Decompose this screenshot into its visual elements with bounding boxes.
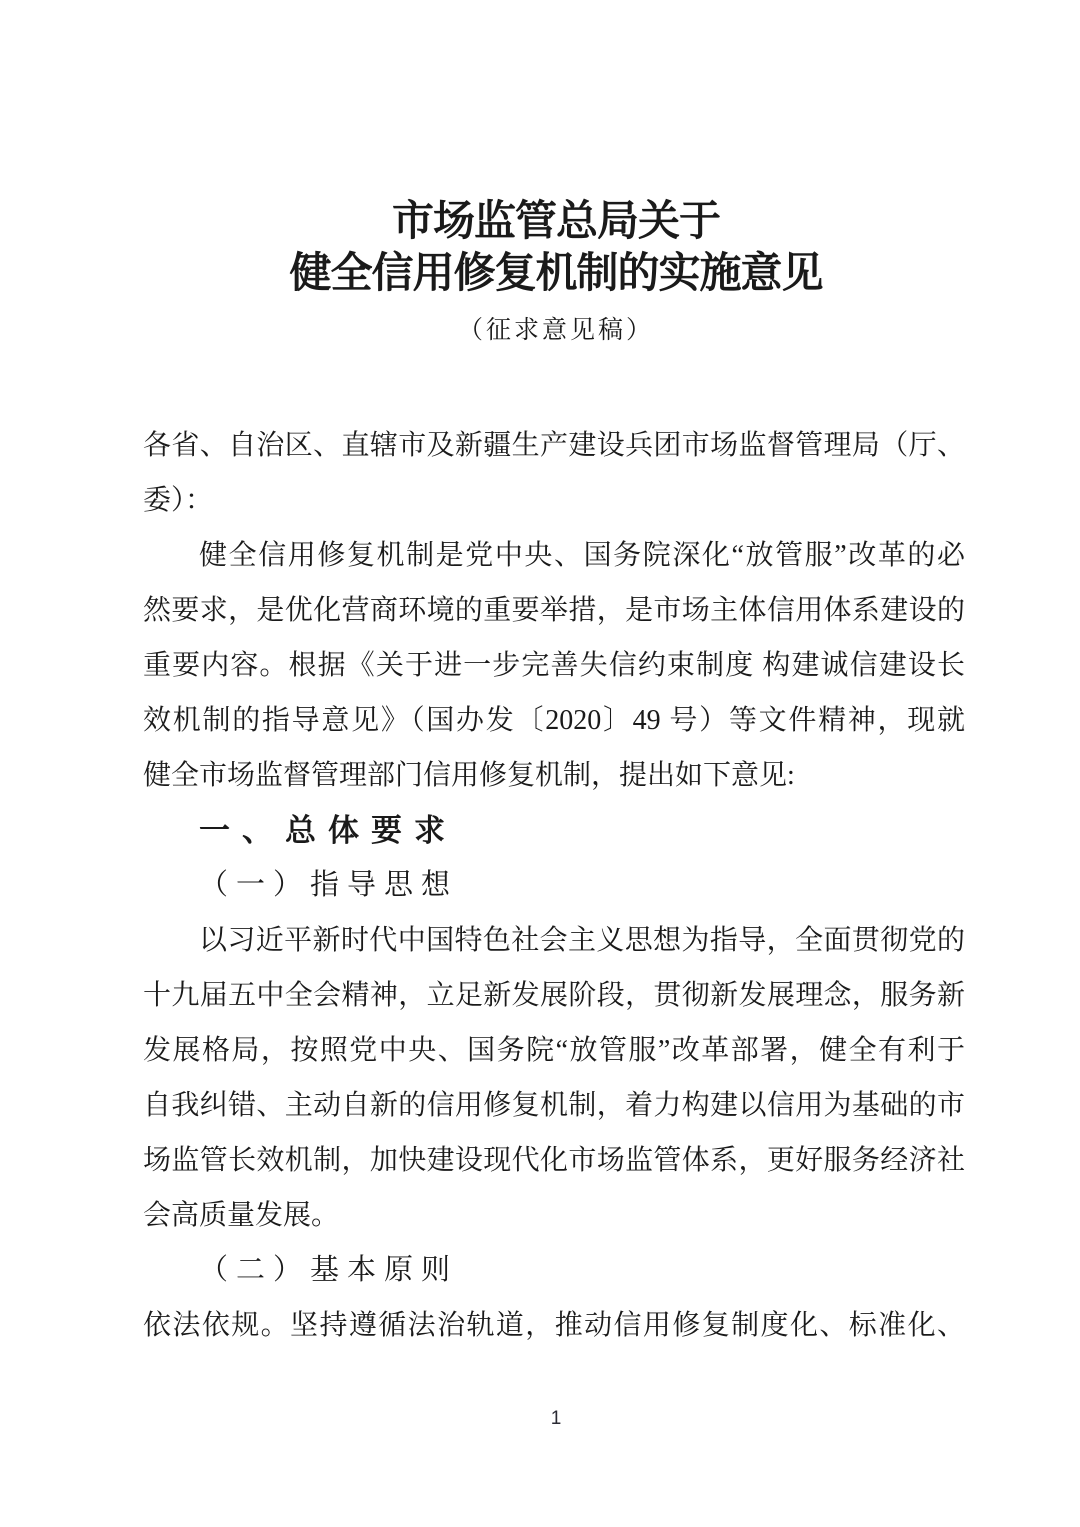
body-line: 发展格局，按照党中央、国务院“放管服”改革部署，健全有利于 [143,1023,965,1078]
section-heading-1: 一、总体要求 [143,803,965,858]
body-line: 以习近平新时代中国特色社会主义思想为指导，全面贯彻党的 [143,913,965,968]
sub-heading-1-1: （一）指导思想 [143,858,965,913]
body-line: 场监管长效机制，加快建设现代化市场监管体系，更好服务经济社 [143,1133,965,1188]
document-title: 市场监管总局关于 健全信用修复机制的实施意见 （征求意见稿） [143,196,969,346]
page-number: 1 [143,1404,969,1434]
body-line: 会高质量发展。 [143,1188,965,1243]
document-subtitle: （征求意见稿） [143,316,969,346]
body-line: 然要求，是优化营商环境的重要举措，是市场主体信用体系建设的 [143,583,965,638]
salutation-line: 各省、自治区、直辖市及新疆生产建设兵团市场监督管理局（厅、 [143,418,965,473]
document-page: 市场监管总局关于 健全信用修复机制的实施意见 （征求意见稿） 各省、自治区、直辖… [0,0,1080,1527]
document-body: 各省、自治区、直辖市及新疆生产建设兵团市场监督管理局（厅、 委）： 健全信用修复… [143,418,965,1353]
body-line: 健全市场监督管理部门信用修复机制，提出如下意见: [143,748,965,803]
body-line: 健全信用修复机制是党中央、国务院深化“放管服”改革的必 [143,528,965,583]
body-line: 依法依规。坚持遵循法治轨道，推动信用修复制度化、标准化、 [143,1298,965,1353]
title-line-1: 市场监管总局关于 [143,196,969,248]
salutation-line: 委）： [143,473,965,528]
body-line: 十九届五中全会精神，立足新发展阶段，贯彻新发展理念，服务新 [143,968,965,1023]
body-line: 效机制的指导意见》（国办发〔2020〕49 号）等文件精神，现就 [143,693,965,748]
sub-heading-1-2: （二）基本原则 [143,1243,965,1298]
title-line-2: 健全信用修复机制的实施意见 [143,248,969,300]
body-line: 重要内容。根据《关于进一步完善失信约束制度 构建诚信建设长 [143,638,965,693]
body-line: 自我纠错、主动自新的信用修复机制，着力构建以信用为基础的市 [143,1078,965,1133]
